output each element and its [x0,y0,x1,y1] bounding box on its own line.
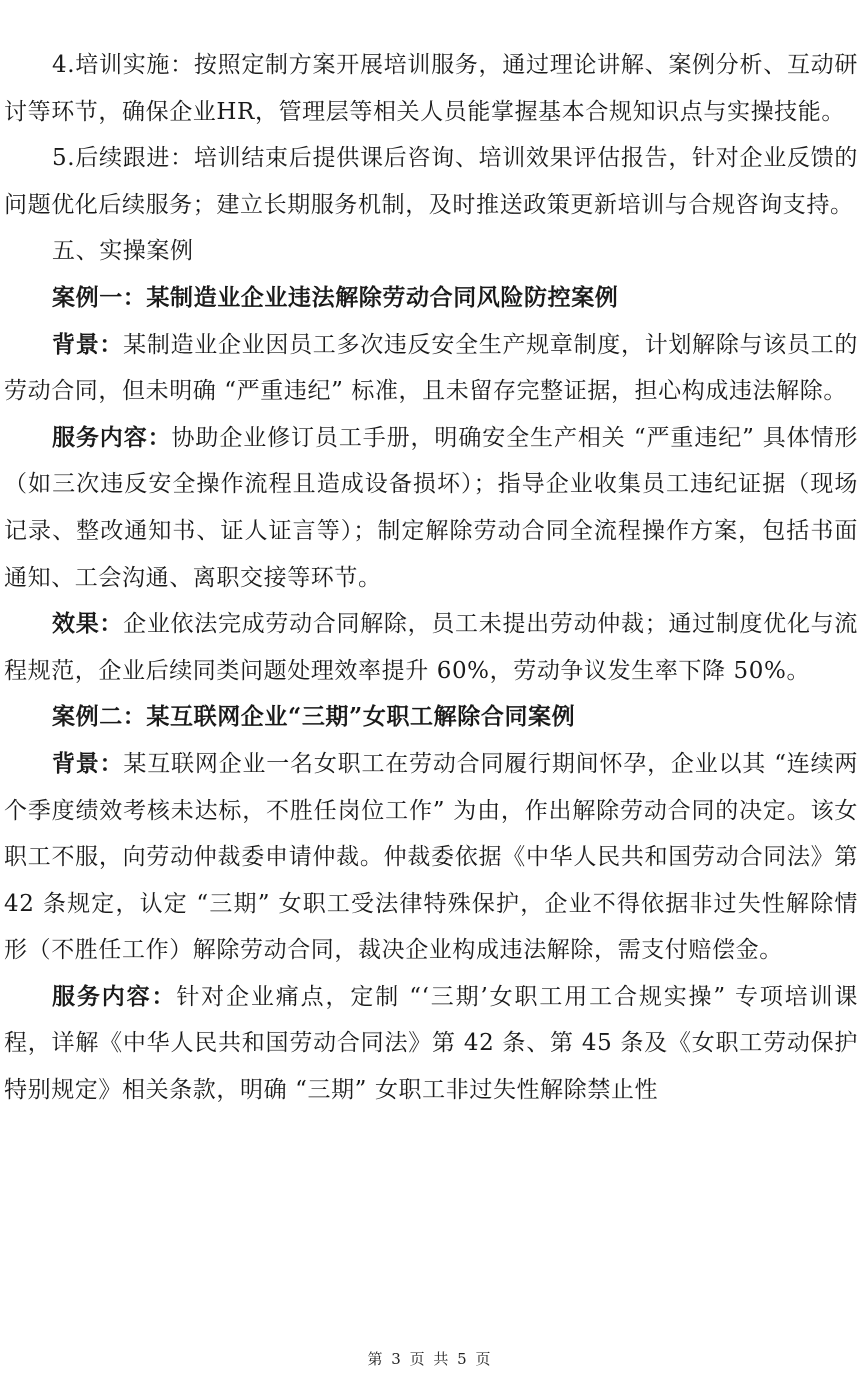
paragraph-label: 效果： [52,610,123,637]
page-number-footer: 第 3 页 共 5 页 [0,1348,860,1369]
case-one-background: 背景：某制造业企业因员工多次违反安全生产规章制度，计划解除与该员工的劳动合同，但… [4,322,858,415]
paragraph-label: 背景： [52,331,123,358]
paragraph-text: 5.后续跟进：培训结束后提供课后咨询、培训效果评估报告，针对企业反馈的问题优化后… [4,145,858,218]
section-heading-cases: 五、实操案例 [4,228,858,275]
paragraph-training-implementation: 4.培训实施：按照定制方案开展培训服务，通过理论讲解、案例分析、互动研讨等环节，… [4,42,858,135]
paragraph-text: 某互联网企业一名女职工在劳动合同履行期间怀孕，企业以其 “连续两个季度绩效考核未… [4,751,858,963]
case-one-service: 服务内容：协助企业修订员工手册，明确安全生产相关 “严重违纪” 具体情形（如三次… [4,415,858,601]
paragraph-label: 服务内容： [52,424,172,451]
paragraph-text: 某制造业企业因员工多次违反安全生产规章制度，计划解除与该员工的劳动合同，但未明确… [4,332,858,405]
case-two-title: 案例二：某互联网企业“三期”女职工解除合同案例 [4,694,858,741]
document-page: 4.培训实施：按照定制方案开展培训服务，通过理论讲解、案例分析、互动研讨等环节，… [4,42,858,1114]
case-two-background: 背景：某互联网企业一名女职工在劳动合同履行期间怀孕，企业以其 “连续两个季度绩效… [4,741,858,974]
paragraph-label: 背景： [52,750,123,777]
paragraph-label: 服务内容： [52,983,176,1010]
paragraph-text: 4.培训实施：按照定制方案开展培训服务，通过理论讲解、案例分析、互动研讨等环节，… [4,52,858,125]
paragraph-follow-up: 5.后续跟进：培训结束后提供课后咨询、培训效果评估报告，针对企业反馈的问题优化后… [4,135,858,228]
case-one-title: 案例一：某制造业企业违法解除劳动合同风险防控案例 [4,275,858,322]
paragraph-text: 企业依法完成劳动合同解除，员工未提出劳动仲裁；通过制度优化与流程规范，企业后续同… [4,611,858,684]
case-one-effect: 效果：企业依法完成劳动合同解除，员工未提出劳动仲裁；通过制度优化与流程规范，企业… [4,601,858,694]
case-two-service: 服务内容：针对企业痛点，定制 “‘三期’女职工用工合规实操” 专项培训课程，详解… [4,974,858,1114]
